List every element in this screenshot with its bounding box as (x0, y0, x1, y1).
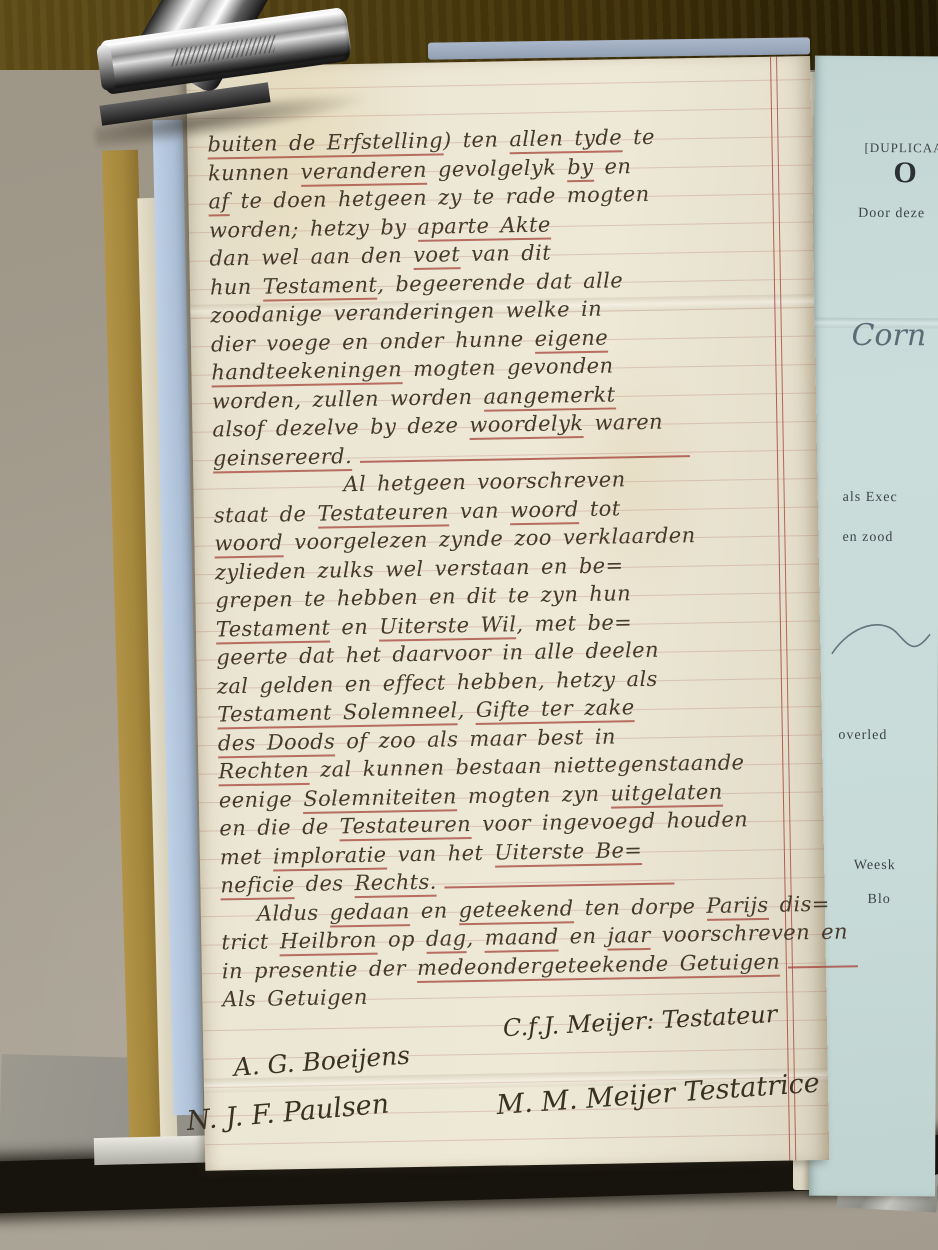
manuscript-text: buiten de Erfstelling) ten allen tyde te… (207, 121, 788, 1014)
clip-end-cap (96, 44, 116, 92)
typed-line-zood: en zood (842, 530, 893, 546)
clip-engraving (171, 35, 277, 67)
handwritten-name: Corn (851, 318, 926, 353)
typed-line-exec: als Exec (843, 490, 898, 506)
duplicate-label: [DUPLICAA (864, 140, 938, 156)
photo-scene: [DUPLICAA O Door deze Corn als Exec en z… (0, 0, 938, 1250)
typed-line-weesk: Weesk (854, 858, 896, 874)
signature-witness-2: N. J. F. Paulsen (185, 1088, 390, 1137)
heading-initial: O (893, 156, 917, 190)
typed-line-blo: Blo (868, 892, 891, 908)
signature-flourish (830, 618, 934, 663)
typed-line-door: Door deze (858, 206, 925, 222)
typed-line-overled: overled (838, 728, 887, 744)
manuscript-page: buiten de Erfstelling) ten allen tyde te… (186, 56, 829, 1171)
typed-duplicate-page: [DUPLICAA O Door deze Corn als Exec en z… (809, 56, 938, 1197)
